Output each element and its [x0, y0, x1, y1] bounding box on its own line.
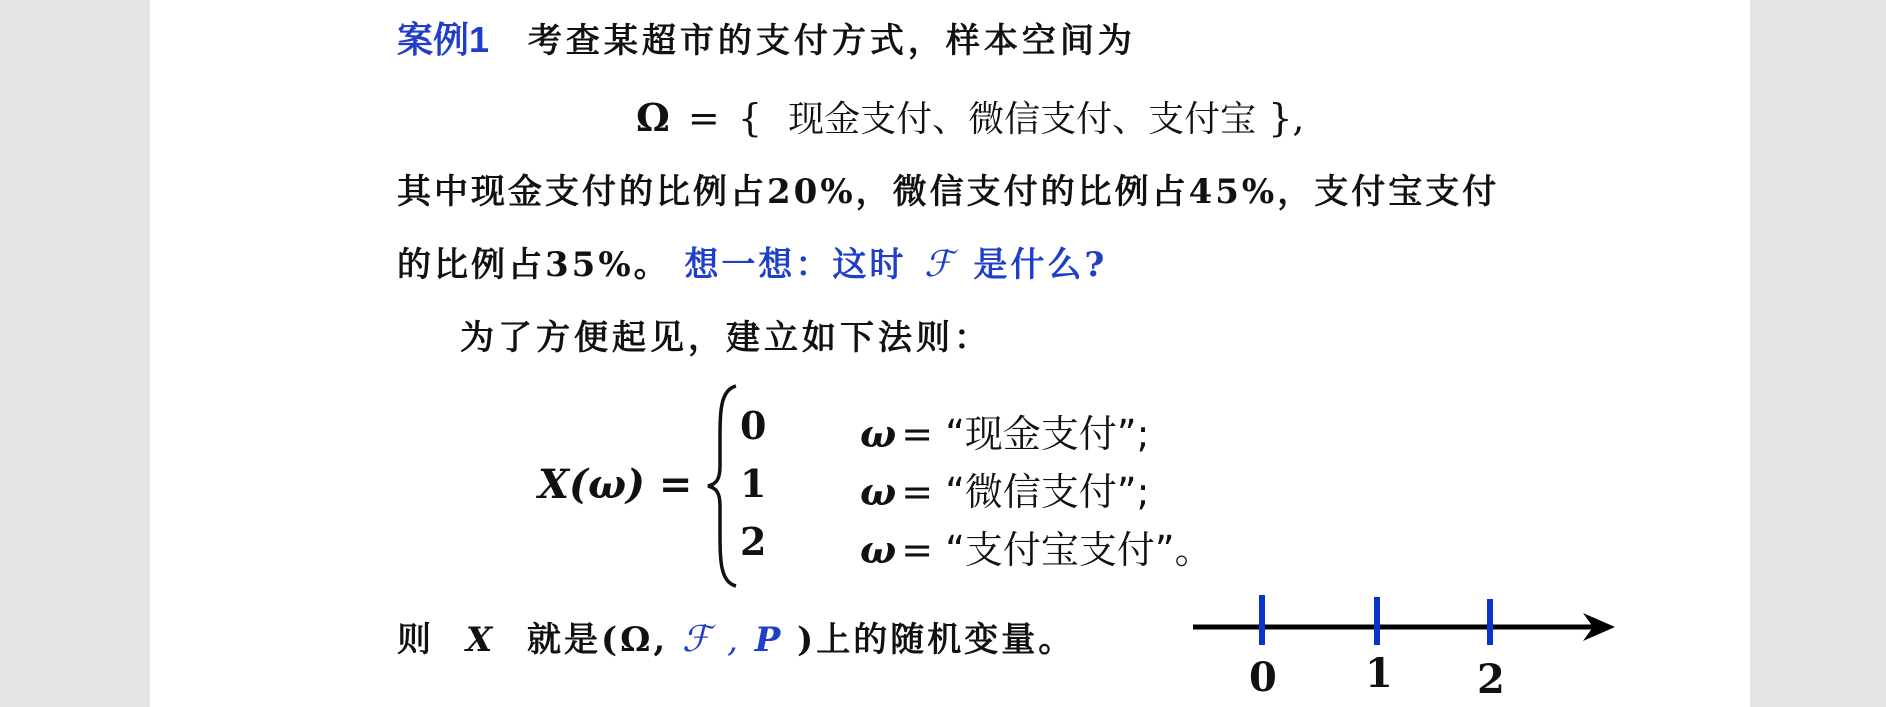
condition-text: = “微信支付”; [901, 470, 1149, 514]
open-brace: { [738, 96, 762, 140]
sample-space-elements: 现金支付、微信支付、支付宝 [788, 99, 1256, 140]
proportion-text-line1: 其中现金支付的比例占20%，微信支付的比例占45%，支付宝支付 [397, 170, 1499, 214]
omega-variable: ω [860, 527, 896, 572]
probability-p: P [755, 620, 784, 660]
omega-variable: ω [860, 411, 896, 456]
case-label: 案例1 [397, 19, 489, 60]
think-prompt: 想一想：这时 [684, 245, 906, 285]
proportion-text-line2: 的比例占35%。 想一想：这时 ℱ 是什么? [397, 243, 1107, 287]
condition-text: = “现金支付”; [901, 412, 1149, 456]
rule-intro: 为了方便起见，建立如下法则： [460, 316, 992, 360]
tick-label-0: 0 [1249, 654, 1277, 701]
piecewise-row: 1 [740, 461, 766, 506]
piecewise-condition: ω = “现金支付”; [860, 403, 1149, 458]
piecewise-lhs: X(ω) = [538, 460, 692, 510]
omega-symbol: Ω [636, 95, 670, 140]
piecewise-brace-icon [706, 382, 740, 590]
piecewise-value: 2 [740, 519, 766, 564]
piecewise-row: 0 [740, 403, 766, 448]
sample-space-formula: Ω = { 现金支付、微信支付、支付宝 }, [636, 94, 1305, 144]
conclusion: 则 X 就是(Ω, ℱ , P )上的随机变量。 [397, 618, 1075, 662]
random-variable-definition: X(ω) = [538, 461, 692, 508]
condition-text: = “支付宝支付”。 [901, 528, 1212, 572]
close-brace: }, [1268, 96, 1304, 140]
piecewise-value: 0 [740, 403, 766, 448]
tick-label-1: 1 [1365, 650, 1393, 697]
variable-x: X [466, 620, 495, 660]
comma: , [727, 620, 741, 660]
piecewise-row: 2 [740, 519, 766, 564]
conclusion-prefix: 则 [397, 620, 434, 660]
case-intro-text: 考查某超市的支付方式，样本空间为 [528, 21, 1136, 61]
conclusion-middle: 就是(Ω, [527, 620, 668, 660]
sigma-algebra-symbol: ℱ [924, 244, 955, 285]
number-line [1185, 585, 1625, 645]
conclusion-suffix: )上的随机变量。 [797, 620, 1075, 660]
piecewise-condition: ω = “微信支付”; [860, 461, 1149, 516]
sigma-algebra-symbol: ℱ [682, 619, 713, 660]
think-question: 是什么? [973, 245, 1107, 285]
case-heading: 案例1 考查某超市的支付方式，样本空间为 [397, 18, 1136, 63]
piecewise-value: 1 [740, 461, 766, 506]
equals-sign: = [688, 96, 720, 140]
tick-label-2: 2 [1477, 656, 1505, 703]
piecewise-condition: ω = “支付宝支付”。 [860, 519, 1213, 574]
proportion-35-text: 的比例占35%。 [397, 245, 671, 285]
omega-variable: ω [860, 469, 896, 514]
